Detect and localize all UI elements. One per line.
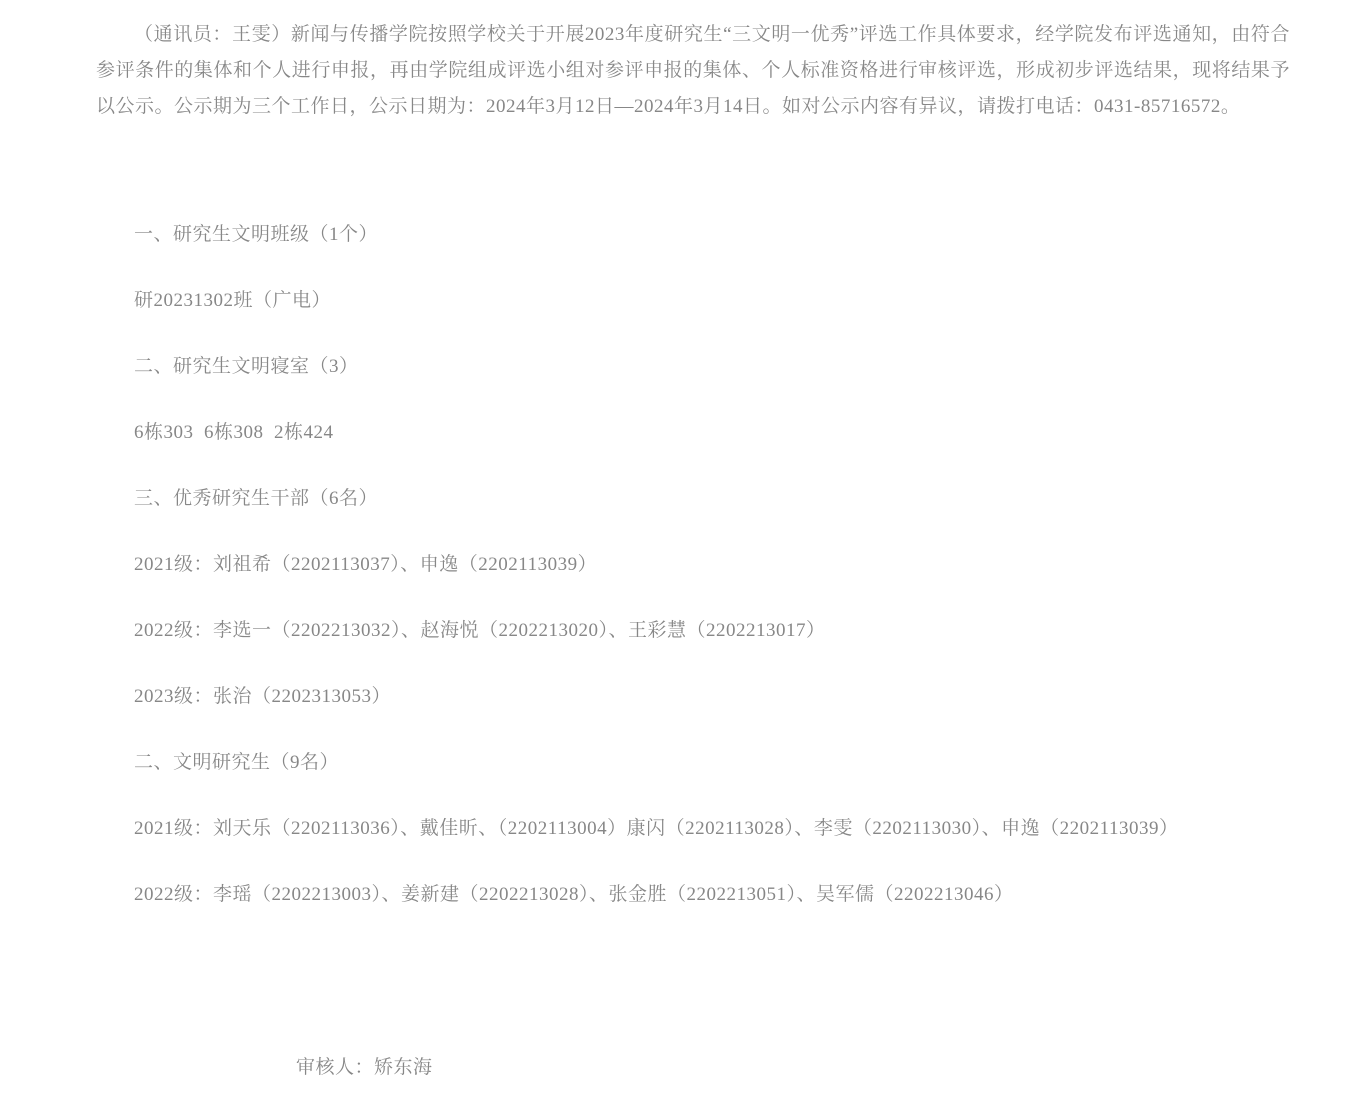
result-line: 2021级：刘天乐（2202113036）、戴佳昕、（2202113004）康闪… <box>96 796 1290 862</box>
announcement-page: （通讯员：王雯）新闻与传播学院按照学校关于开展2023年度研究生“三文明一优秀”… <box>0 0 1346 1100</box>
intro-paragraph: （通讯员：王雯）新闻与传播学院按照学校关于开展2023年度研究生“三文明一优秀”… <box>96 17 1290 125</box>
result-line: 2021级：刘祖希（2202113037）、申逸（2202113039） <box>96 532 1290 598</box>
result-line: 三、优秀研究生干部（6名） <box>96 466 1290 532</box>
result-line: 一、研究生文明班级（1个） <box>96 202 1290 268</box>
result-line: 研20231302班（广电） <box>96 268 1290 334</box>
result-line: 2022级：李选一（2202213032）、赵海悦（2202213020）、王彩… <box>96 598 1290 664</box>
results-list: 一、研究生文明班级（1个）研20231302班（广电）二、研究生文明寝室（3）6… <box>96 202 1290 928</box>
result-line: 二、研究生文明寝室（3） <box>96 334 1290 400</box>
reviewer-line: 审核人：矫东海 <box>96 1035 1290 1100</box>
result-line: 6栋303 6栋308 2栋424 <box>96 400 1290 466</box>
result-line: 2022级：李瑶（2202213003）、姜新建（2202213028）、张金胜… <box>96 862 1290 928</box>
result-line: 2023级：张治（2202313053） <box>96 664 1290 730</box>
result-line: 二、文明研究生（9名） <box>96 730 1290 796</box>
